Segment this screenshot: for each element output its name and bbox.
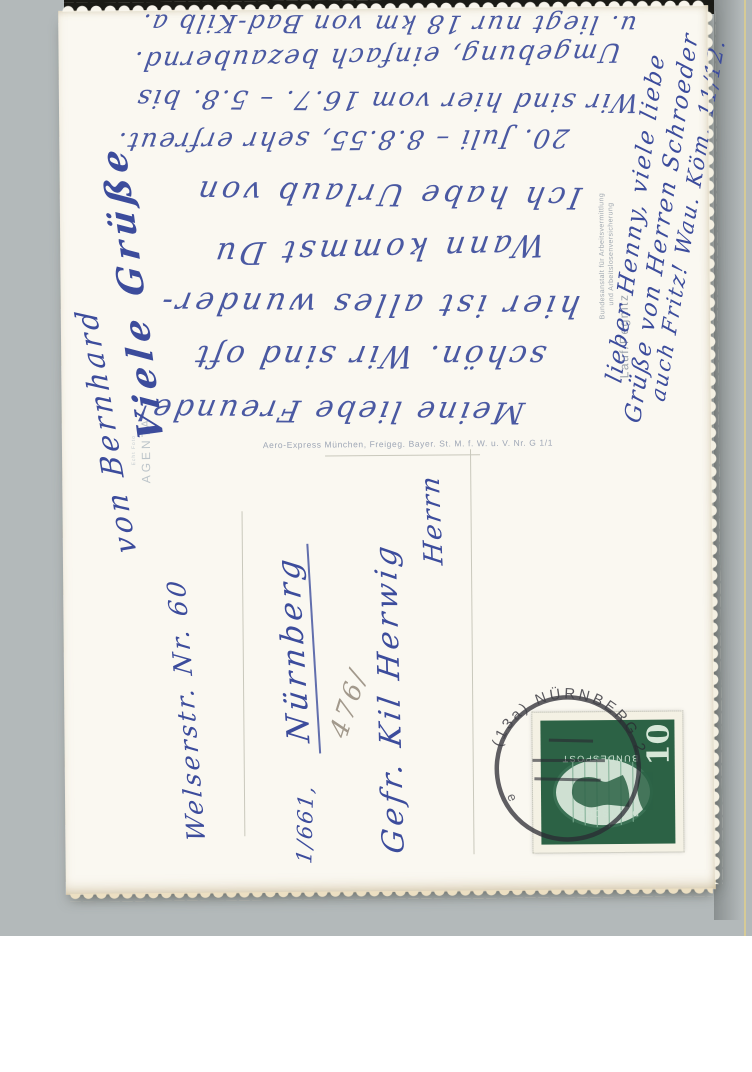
message-line: schön. Wir sind oft (190, 338, 549, 374)
message-line: Ich habe Urlaub von (191, 173, 584, 215)
address-rule-line (325, 454, 480, 456)
address-rule-line (242, 511, 246, 836)
message-line: Umgebung, einfach bezaubernd. (130, 37, 624, 76)
svg-text:(13a) NÜRNBERG 2: (13a) NÜRNBERG 2 (488, 678, 656, 766)
address-rule-line (470, 449, 475, 854)
message-salutation-line: Meine liebe Freunde! (132, 391, 527, 429)
message-line: hier ist alles wunder- (155, 284, 583, 324)
address-extra-number: 1/661, (292, 782, 318, 865)
address-recipient-title: Herrn (416, 473, 450, 567)
postcard-scan: Bundesanstalt für Arbeitsvermittlung und… (0, 0, 752, 1072)
message-line: u. liegt nur 18 km von Bad-Kilb a. (138, 9, 639, 40)
caption-small-line-1: Bundesanstalt für Arbeitsvermittlung (598, 193, 606, 320)
postmark-arc-text: (13a) NÜRNBERG 2 (488, 678, 656, 766)
pencil-annotation: 476/ (325, 664, 374, 743)
scan-edge-line (744, 0, 746, 936)
postcard-back: Bundesanstalt für Arbeitsvermittlung und… (58, 5, 716, 895)
message-line: Wann kommst Du (209, 227, 547, 272)
postmark: (13a) NÜRNBERG 2 e (477, 678, 659, 860)
address-street: Welserstr. Nr. 60 (161, 577, 211, 843)
message-line: 20. Juli – 8.8.55, sehr erfreut. (113, 122, 571, 156)
publisher-logo-subline: Echt Foto (131, 435, 137, 465)
address-recipient-name: Gefr. Kil Herwig (369, 540, 412, 856)
publisher-credit-line: Aero-Express München, Freigeg. Bayer. St… (263, 438, 553, 451)
message-line: Wir sind hier vom 16.7. – 5.8. bis (133, 83, 641, 117)
postmark-date-bars (530, 735, 607, 787)
